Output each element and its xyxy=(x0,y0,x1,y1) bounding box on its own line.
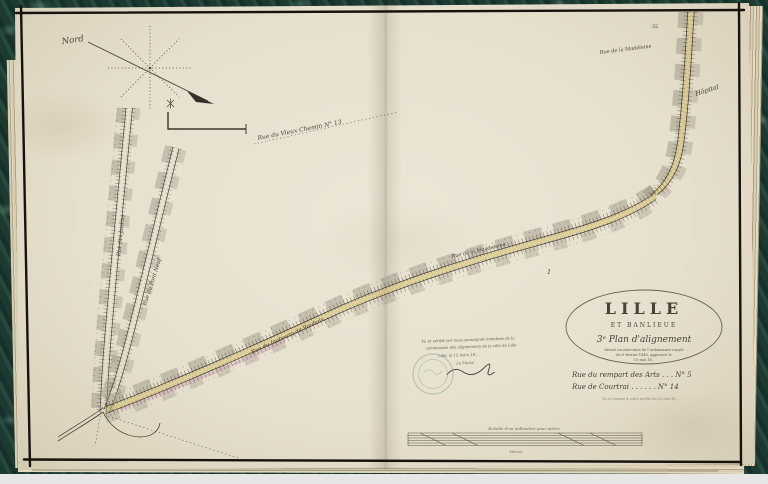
cartouche-detail-1: dressé en exécution de l'ordonnance roya… xyxy=(604,348,683,352)
atlas-photo: Nord xyxy=(0,0,768,484)
certification-block: Vu et vérifié par nous soussignés membre… xyxy=(421,335,518,377)
cartouche-plan-title: 3ᵉ Plan d'alignement xyxy=(597,335,692,345)
certification-line-4: Le Maire xyxy=(455,360,474,366)
certification-line-2: commission des alignements de la ville d… xyxy=(426,342,517,350)
street-label-top-right: Rue de la Madeleine xyxy=(599,44,652,56)
survey-line xyxy=(168,112,398,144)
map-drawing: Nord xyxy=(0,0,768,484)
street-top-right xyxy=(646,12,699,195)
cartouche-detail-3: 10 mai 18.. xyxy=(634,358,654,362)
mark-1: 1 xyxy=(547,268,551,276)
north-label: Nord xyxy=(60,34,85,47)
compass-rose-icon xyxy=(88,26,214,110)
small-star-mark xyxy=(167,99,174,109)
cartouche-footnote: Vu et annexé à notre arrêté du 10 mai 18… xyxy=(602,396,678,401)
signature-flourish xyxy=(446,364,494,376)
cartouche-city: LILLE xyxy=(605,299,683,318)
hopital-label: Hôpital xyxy=(693,83,720,98)
scale-unit-label: Mètres xyxy=(509,450,523,454)
title-cartouche: LILLE ET BANLIEUE 3ᵉ Plan d'alignement d… xyxy=(566,290,722,401)
scale-caption: Échelle d'un millimètre pour mètre xyxy=(487,426,560,431)
street-label-survey: Rue du Vieux Chemin N° 13 xyxy=(256,119,342,142)
cartouche-subtitle: ET BANLIEUE xyxy=(611,322,677,329)
plot-number-32: 32 xyxy=(652,24,658,30)
under-page-edge-line xyxy=(32,470,718,471)
scale-bar xyxy=(408,433,642,446)
road-junction xyxy=(58,408,238,458)
cartouche-street-ref-2: Rue de Courtrai . . . . . . N° 14 xyxy=(571,383,679,391)
cartouche-street-ref-1: Rue du rempart des Arts . . . N° 5 xyxy=(571,371,692,379)
cartouche-detail-2: du 9 février 1845, approuvé le xyxy=(616,353,671,357)
